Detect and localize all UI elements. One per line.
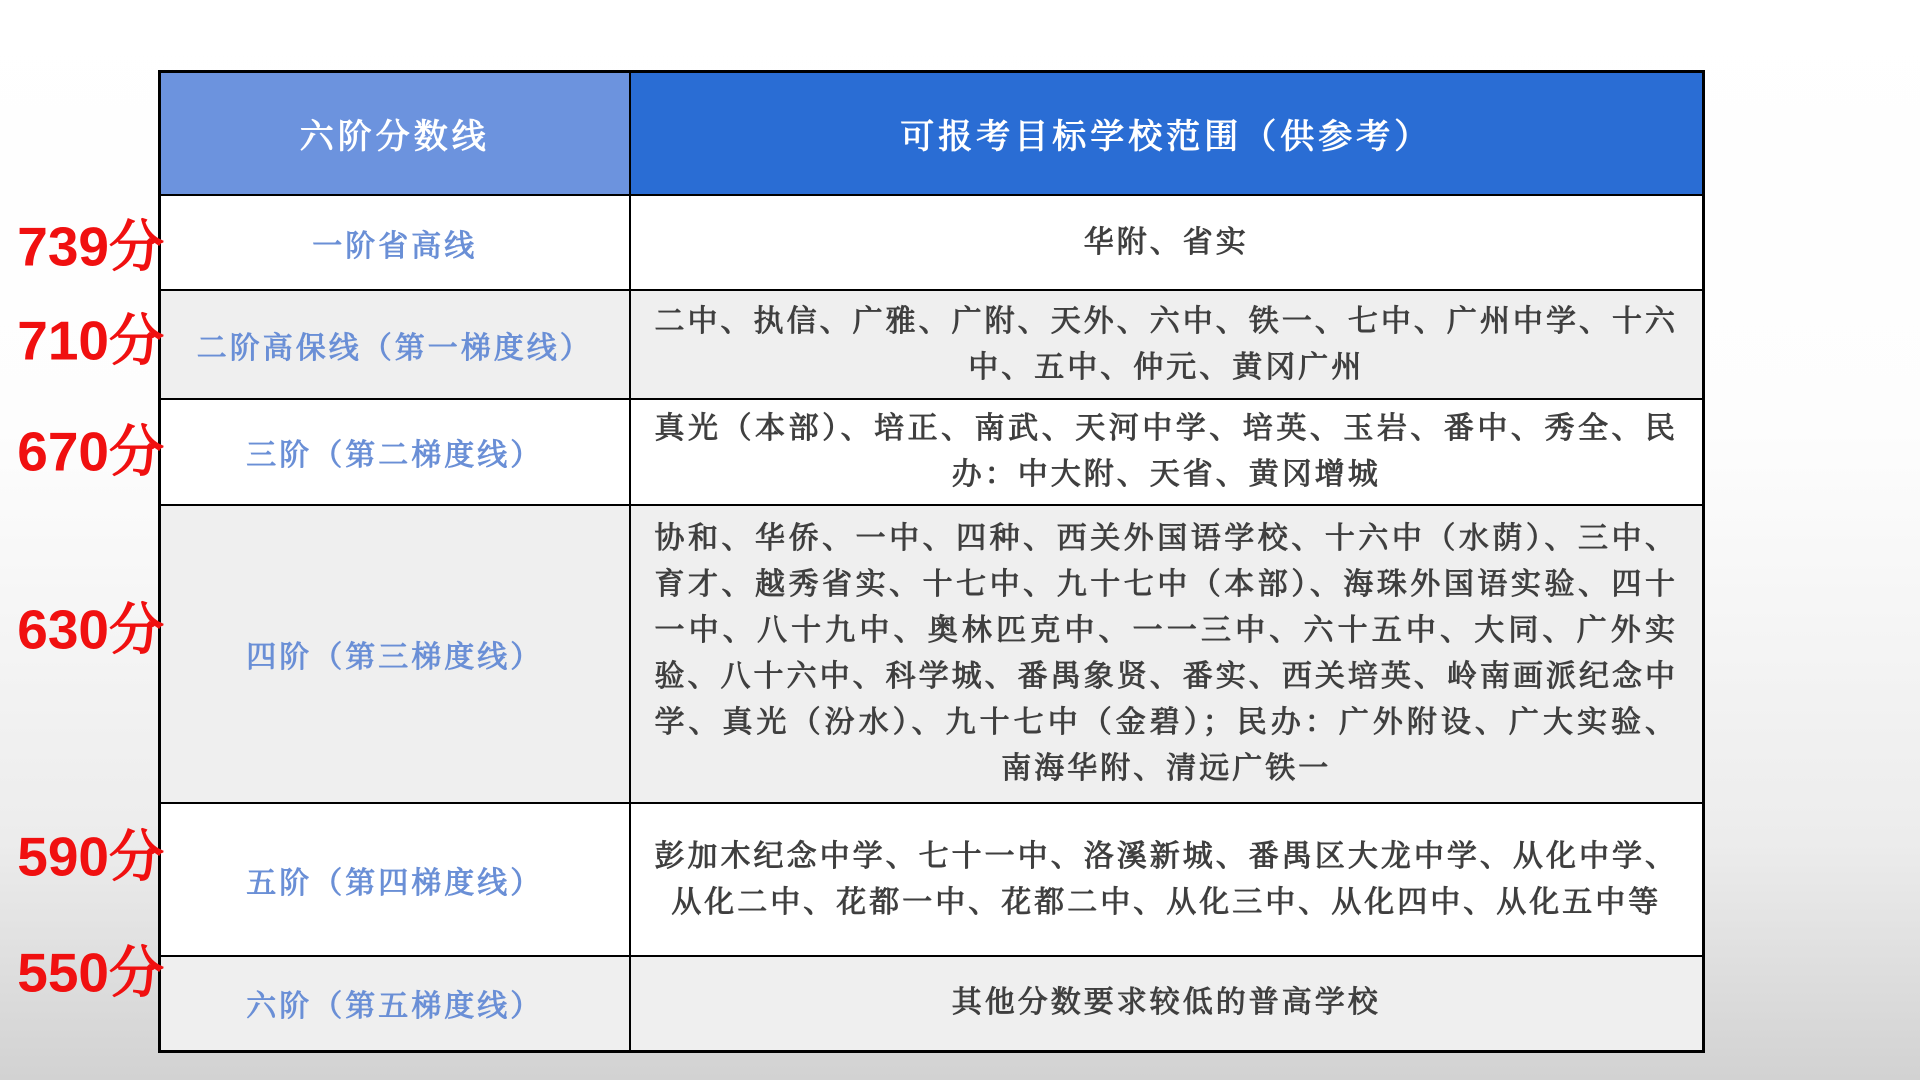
schools-cell: 华附、省实 xyxy=(630,195,1704,290)
score-label: 710分 xyxy=(6,314,164,369)
schools-cell: 其他分数要求较低的普高学校 xyxy=(630,956,1704,1051)
score-label: 670分 xyxy=(6,425,164,480)
header-row: 六阶分数线 可报考目标学校范围（供参考） xyxy=(160,72,1704,196)
table-row: 三阶（第二梯度线） 真光（本部）、培正、南武、天河中学、培英、玉岩、番中、秀全、… xyxy=(160,399,1704,505)
tier-cell: 二阶高保线（第一梯度线） xyxy=(160,290,630,399)
tier-cell: 六阶（第五梯度线） xyxy=(160,956,630,1051)
tier-cell: 三阶（第二梯度线） xyxy=(160,399,630,505)
table-row: 一阶省高线 华附、省实 xyxy=(160,195,1704,290)
tier-cell: 五阶（第四梯度线） xyxy=(160,803,630,956)
score-tier-table: 六阶分数线 可报考目标学校范围（供参考） 一阶省高线 华附、省实 二阶高保线（第… xyxy=(158,70,1705,1053)
page-background: 739分 710分 670分 630分 590分 550分 六阶分数线 可报考目… xyxy=(0,0,1920,1080)
score-label: 550分 xyxy=(6,946,164,1001)
score-label: 739分 xyxy=(6,220,164,275)
header-schools-column: 可报考目标学校范围（供参考） xyxy=(630,72,1704,196)
table-row: 五阶（第四梯度线） 彭加木纪念中学、七十一中、洛溪新城、番禺区大龙中学、从化中学… xyxy=(160,803,1704,956)
score-label: 590分 xyxy=(6,830,164,885)
schools-cell: 协和、华侨、一中、四种、西关外国语学校、十六中（水荫）、三中、育才、越秀省实、十… xyxy=(630,505,1704,803)
table-row: 二阶高保线（第一梯度线） 二中、执信、广雅、广附、天外、六中、铁一、七中、广州中… xyxy=(160,290,1704,399)
score-label: 630分 xyxy=(6,603,164,658)
table-row: 六阶（第五梯度线） 其他分数要求较低的普高学校 xyxy=(160,956,1704,1051)
schools-cell: 彭加木纪念中学、七十一中、洛溪新城、番禺区大龙中学、从化中学、从化二中、花都一中… xyxy=(630,803,1704,956)
schools-cell: 二中、执信、广雅、广附、天外、六中、铁一、七中、广州中学、十六中、五中、仲元、黄… xyxy=(630,290,1704,399)
table-row: 四阶（第三梯度线） 协和、华侨、一中、四种、西关外国语学校、十六中（水荫）、三中… xyxy=(160,505,1704,803)
schools-cell: 真光（本部）、培正、南武、天河中学、培英、玉岩、番中、秀全、民办：中大附、天省、… xyxy=(630,399,1704,505)
header-tier-column: 六阶分数线 xyxy=(160,72,630,196)
tier-cell: 一阶省高线 xyxy=(160,195,630,290)
tier-cell: 四阶（第三梯度线） xyxy=(160,505,630,803)
